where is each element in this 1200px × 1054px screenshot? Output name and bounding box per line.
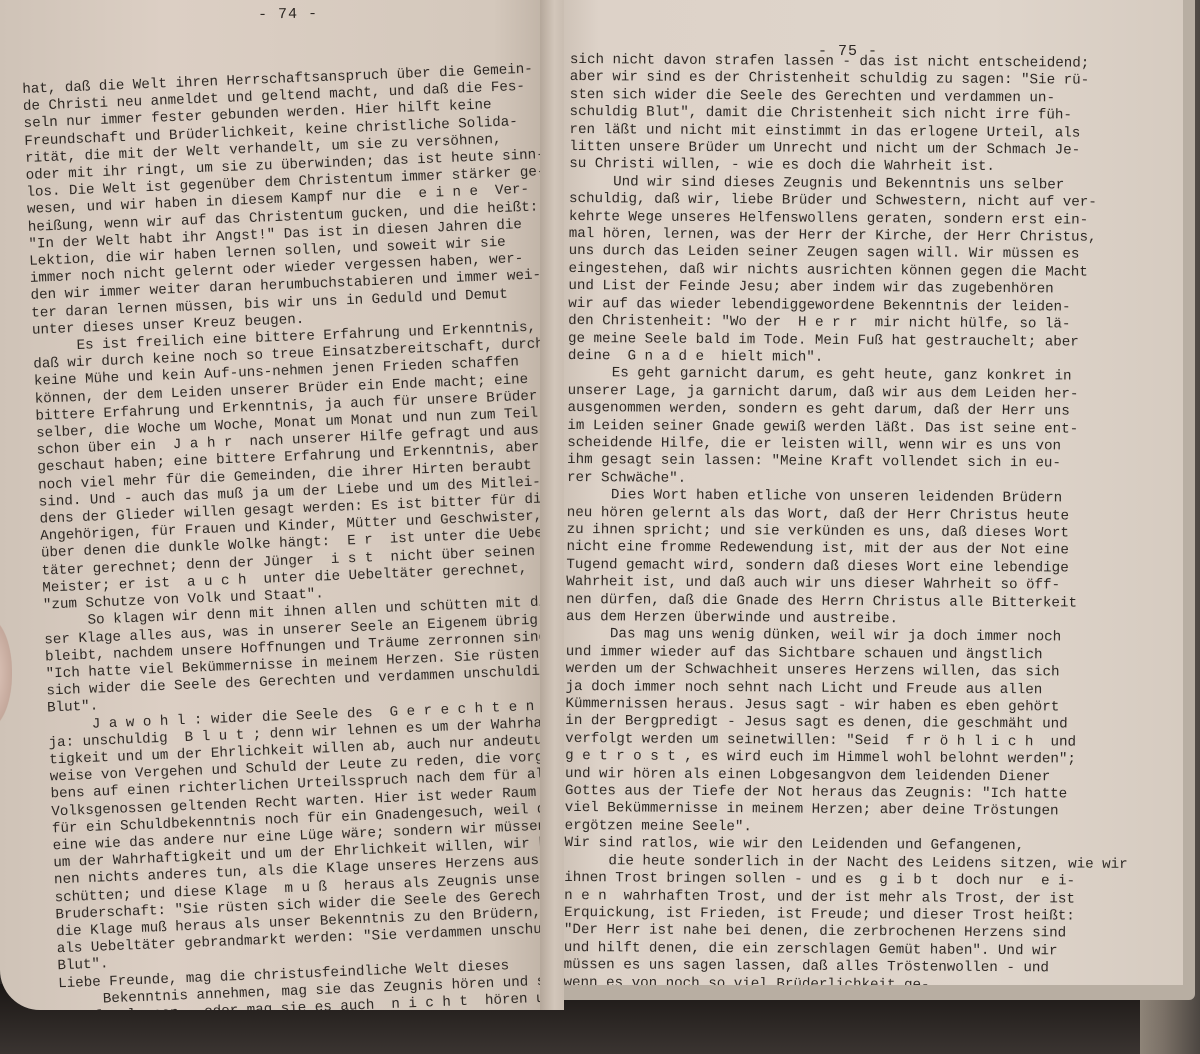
right-page: - 75 - sich nicht davon strafen lassen -… xyxy=(548,0,1183,985)
right-page-body: sich nicht davon strafen lassen - das is… xyxy=(563,52,1133,985)
book-photo-scene: - 74 - hat, daß die Welt ihren Herrschaf… xyxy=(0,0,1200,1054)
thumb-holding-page xyxy=(0,618,12,728)
book-spine-gutter xyxy=(540,0,564,1010)
left-page-body: hat, daß die Welt ihren Herrschaftsanspr… xyxy=(22,60,548,1010)
left-page: - 74 - hat, daß die Welt ihren Herrschaf… xyxy=(0,0,548,1010)
page-number-left: - 74 - xyxy=(258,5,318,23)
